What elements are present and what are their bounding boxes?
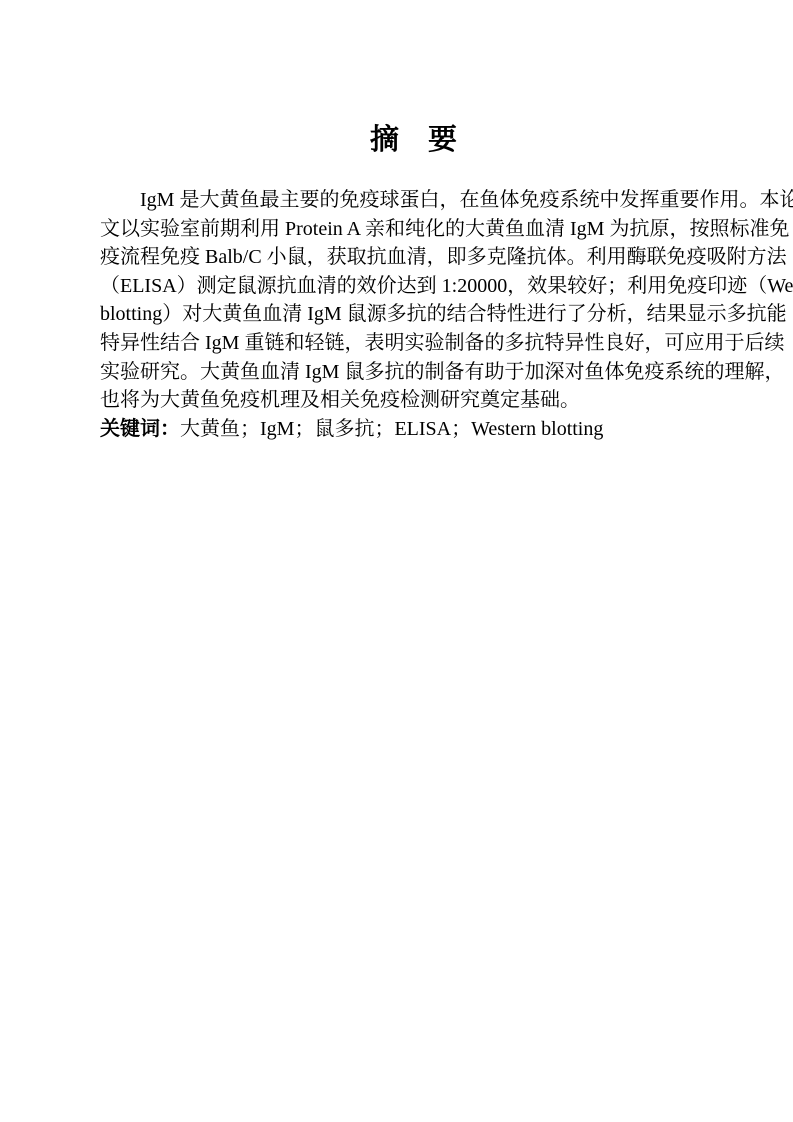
paragraph-line-5: blotting）对大黄鱼血清 IgM 鼠源多抗的结合特性进行了分析，结果显示多… [100, 300, 691, 329]
abstract-title: 摘 要 [17, 122, 793, 158]
paragraph-line-6: 特异性结合 IgM 重链和轻链，表明实验制备的多抗特异性良好，可应用于后续 [100, 329, 691, 358]
paragraph-line-3: 疫流程免疫 Balb/C 小鼠，获取抗血清，即多克隆抗体。利用酶联免疫吸附方法 [100, 243, 691, 272]
paragraph-line-2: 文以实验室前期利用 Protein A 亲和纯化的大黄鱼血清 IgM 为抗原，按… [100, 215, 691, 244]
keywords-text: 大黄鱼；IgM；鼠多抗；ELISA；Western blotting [180, 418, 603, 440]
keywords-line: 关键词：大黄鱼；IgM；鼠多抗；ELISA；Western blotting [100, 415, 691, 444]
paragraph-line-7: 实验研究。大黄鱼血清 IgM 鼠多抗的制备有助于加深对鱼体免疫系统的理解， [100, 358, 691, 387]
paragraph-line-1: IgM 是大黄鱼最主要的免疫球蛋白，在鱼体免疫系统中发挥重要作用。本论 [100, 186, 691, 215]
paragraph-line-8: 也将为大黄鱼免疫机理及相关免疫检测研究奠定基础。 [100, 386, 691, 415]
paragraph-line-4: （ELISA）测定鼠源抗血清的效价达到 1:20000，效果较好；利用免疫印迹（… [100, 272, 691, 301]
abstract-body: IgM 是大黄鱼最主要的免疫球蛋白，在鱼体免疫系统中发挥重要作用。本论 文以实验… [100, 186, 691, 443]
document-page: 摘 要 IgM 是大黄鱼最主要的免疫球蛋白，在鱼体免疫系统中发挥重要作用。本论 … [0, 0, 793, 1122]
keywords-label: 关键词： [100, 418, 180, 440]
